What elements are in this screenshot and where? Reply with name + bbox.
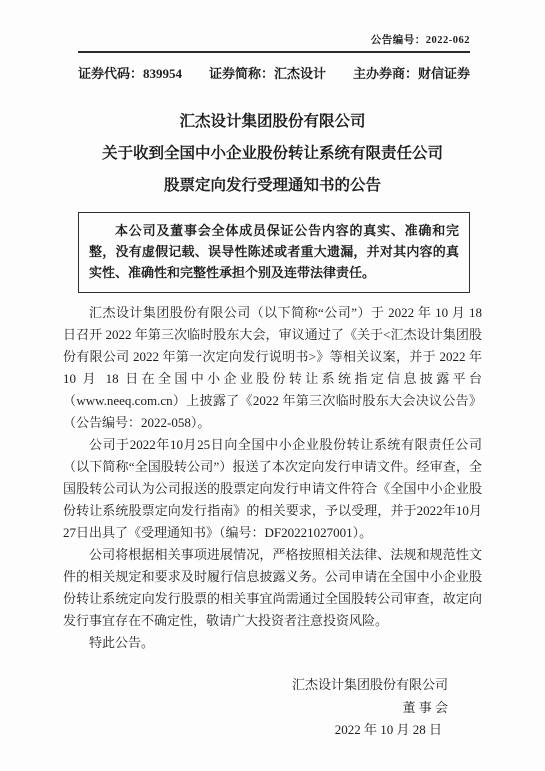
sponsor-broker-value: 财信证券 — [418, 66, 470, 81]
signature-board: 董 事 会 — [0, 697, 448, 720]
signature-company: 汇杰设计集团股份有限公司 — [0, 674, 448, 697]
disclaimer-box: 本公司及董事会全体成员保证公告内容的真实、准确和完整，没有虚假记载、误导性陈述或… — [78, 212, 470, 293]
document-header: 公告编号：2022-062 证券代码：839954 证券简称：汇杰设计 主办券商… — [78, 34, 470, 82]
announcement-page: 公告编号：2022-062 证券代码：839954 证券简称：汇杰设计 主办券商… — [0, 0, 545, 771]
closing-statement: 特此公告。 — [63, 632, 482, 654]
sponsor-broker-label: 主办券商： — [353, 66, 418, 81]
title-notice-line: 股票定向发行受理通知书的公告 — [0, 170, 545, 202]
securities-abbr-value: 汇杰设计 — [274, 66, 326, 81]
securities-abbr-label: 证券简称： — [209, 66, 274, 81]
disclaimer-text: 本公司及董事会全体成员保证公告内容的真实、准确和完整，没有虚假记载、误导性陈述或… — [89, 220, 459, 283]
body-paragraph-3: 公司将根据相关事项进展情况，严格按照相关法律、法规和规范性文件的相关规定和要求及… — [63, 544, 482, 632]
signature-block: 汇杰设计集团股份有限公司 董 事 会 2022 年 10 月 28 日 — [0, 674, 448, 742]
securities-code-value: 839954 — [143, 66, 182, 81]
sponsor-broker: 主办券商：财信证券 — [353, 66, 470, 82]
body-paragraph-1: 汇杰设计集团股份有限公司（以下简称“公司”）于 2022 年 10 月 18 日… — [63, 302, 482, 434]
announcement-body: 汇杰设计集团股份有限公司（以下简称“公司”）于 2022 年 10 月 18 日… — [63, 302, 482, 654]
securities-code: 证券代码：839954 — [78, 66, 182, 82]
announcement-title: 汇杰设计集团股份有限公司 关于收到全国中小企业股份转让系统有限责任公司 股票定向… — [0, 106, 545, 202]
title-subject-line: 关于收到全国中小企业股份转让系统有限责任公司 — [0, 138, 545, 170]
title-company-name: 汇杰设计集团股份有限公司 — [0, 106, 545, 138]
securities-abbr: 证券简称：汇杰设计 — [209, 66, 326, 82]
announcement-number: 公告编号：2022-062 — [78, 34, 470, 53]
body-paragraph-2: 公司于2022年10月25日向全国中小企业股份转让系统有限责任公司（以下简称“全… — [63, 434, 482, 544]
securities-info-row: 证券代码：839954 证券简称：汇杰设计 主办券商：财信证券 — [78, 66, 470, 82]
securities-code-label: 证券代码： — [78, 66, 143, 81]
signature-date: 2022 年 10 月 28 日 — [0, 719, 448, 742]
